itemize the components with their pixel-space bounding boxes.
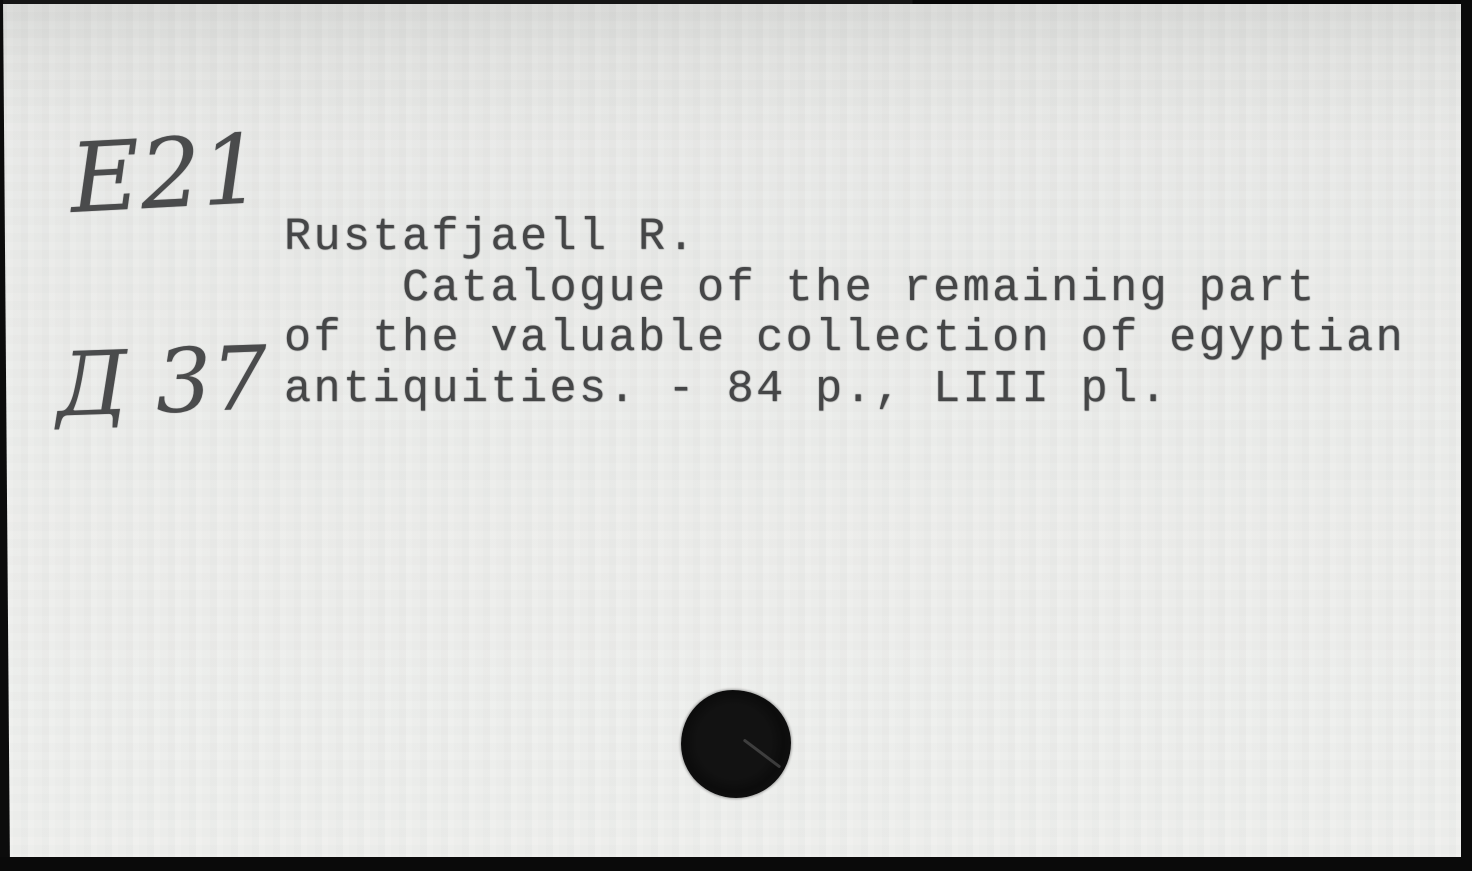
card-text-block: Rustafjaell R. Catalogue of the remainin… bbox=[284, 213, 1405, 415]
catalog-card: E21 Д 37 Rustafjaell R. Catalogue of the… bbox=[0, 0, 1472, 871]
title-line-2: of the valuable collection of egyptian bbox=[284, 314, 1405, 365]
author-line: Rustafjaell R. bbox=[284, 213, 1405, 264]
scan-edge-left bbox=[0, 0, 12, 871]
hole-punch-mark bbox=[681, 690, 791, 798]
title-line-1: Catalogue of the remaining part bbox=[284, 264, 1405, 315]
scan-edge-top bbox=[0, 0, 1472, 4]
call-number-bottom: Д 37 bbox=[54, 326, 269, 436]
scan-edge-right bbox=[1461, 0, 1472, 871]
call-number-top: E21 bbox=[67, 113, 265, 235]
title-line-3: antiquities. - 84 p., LIII pl. bbox=[284, 365, 1405, 416]
scan-edge-bottom bbox=[0, 857, 1472, 871]
